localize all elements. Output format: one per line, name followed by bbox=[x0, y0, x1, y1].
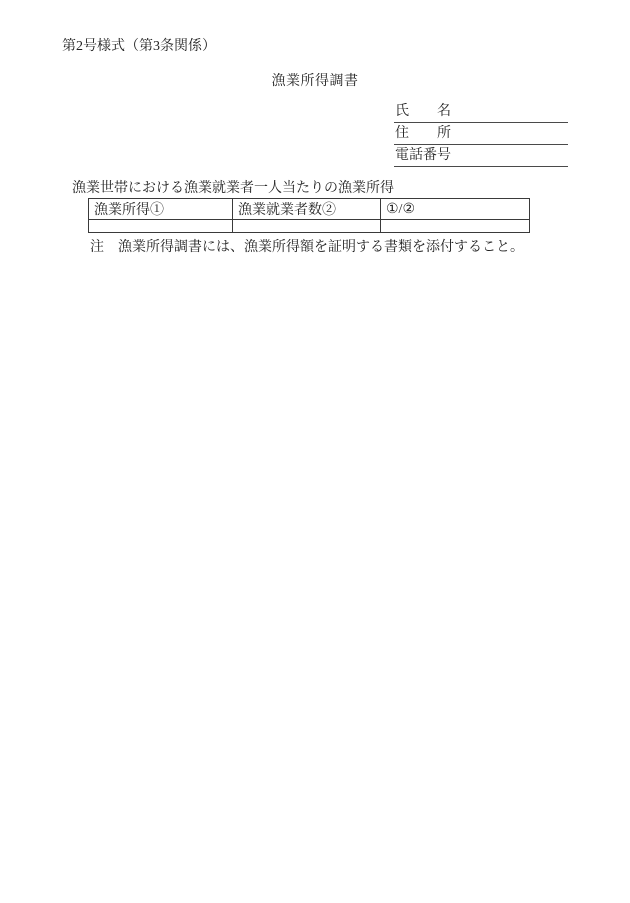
name-field-row: 氏 名 bbox=[394, 101, 568, 123]
table-header-row: 漁業所得① 漁業就業者数② ①/② bbox=[89, 199, 530, 220]
income-table: 漁業所得① 漁業就業者数② ①/② bbox=[88, 198, 530, 233]
workers-header-cell: 漁業就業者数② bbox=[233, 199, 381, 220]
name-field-label: 氏 名 bbox=[395, 104, 451, 119]
ratio-header-cell: ①/② bbox=[381, 199, 530, 220]
table-caption: 漁業世帯における漁業就業者一人当たりの漁業所得 bbox=[72, 177, 394, 197]
phone-field-row: 電話番号 bbox=[394, 145, 568, 167]
contact-block: 氏 名 住 所 電話番号 bbox=[394, 101, 568, 167]
income-value-cell bbox=[89, 220, 233, 233]
document-page: 第2号様式（第3条関係） 漁業所得調書 氏 名 住 所 電話番号 漁業世帯におけ… bbox=[0, 0, 630, 903]
address-field-row: 住 所 bbox=[394, 123, 568, 145]
document-title: 漁業所得調書 bbox=[0, 70, 630, 90]
attachment-note: 注 漁業所得調書には、漁業所得額を証明する書類を添付すること。 bbox=[90, 236, 524, 256]
phone-field-label: 電話番号 bbox=[395, 148, 451, 163]
income-header-cell: 漁業所得① bbox=[89, 199, 233, 220]
workers-value-cell bbox=[233, 220, 381, 233]
address-field-label: 住 所 bbox=[395, 126, 451, 141]
ratio-value-cell bbox=[381, 220, 530, 233]
form-number: 第2号様式（第3条関係） bbox=[62, 35, 216, 55]
table-value-row bbox=[89, 220, 530, 233]
